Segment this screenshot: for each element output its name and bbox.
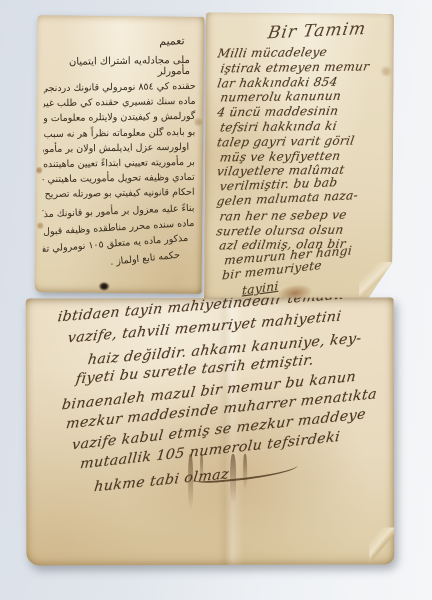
latin-handwritten-line: talep gayri varit göril	[216, 133, 394, 150]
ink-drip	[230, 454, 236, 504]
ink-blot-stain	[99, 282, 110, 291]
ottoman-heading: ملى مجادله‌يه اشتراك ايتميان مأمورلر	[50, 55, 190, 79]
dog-ear-fold	[359, 261, 393, 302]
lower-page: ibtidaen tayin mahiyetindedir temadiivaz…	[26, 298, 395, 566]
ottoman-text-block: حقنده كي ٨٥٤ نومرولي قانونك دردنجيماده س…	[42, 77, 196, 263]
dog-ear-fold	[369, 528, 394, 566]
ink-smear-drips	[188, 454, 268, 524]
ink-drip	[200, 454, 203, 484]
ink-drip	[188, 454, 193, 510]
latin-heading: Bir Tamim	[266, 19, 368, 44]
ottoman-page: تعميم ملى مجادله‌يه اشتراك ايتميان مأمور…	[35, 15, 205, 294]
photo-backdrop: تعميم ملى مجادله‌يه اشتراك ايتميان مأمور…	[0, 0, 432, 600]
ottoman-note: تعميم	[159, 34, 185, 48]
ink-drip	[243, 454, 247, 490]
latin-page: Bir Tamim Milli mücadeleyeiştirak etmeye…	[204, 12, 394, 302]
ottoman-handwritten-line: احكام قانونيه كيفيتي بو صورتله تصريح ايت…	[43, 185, 195, 203]
